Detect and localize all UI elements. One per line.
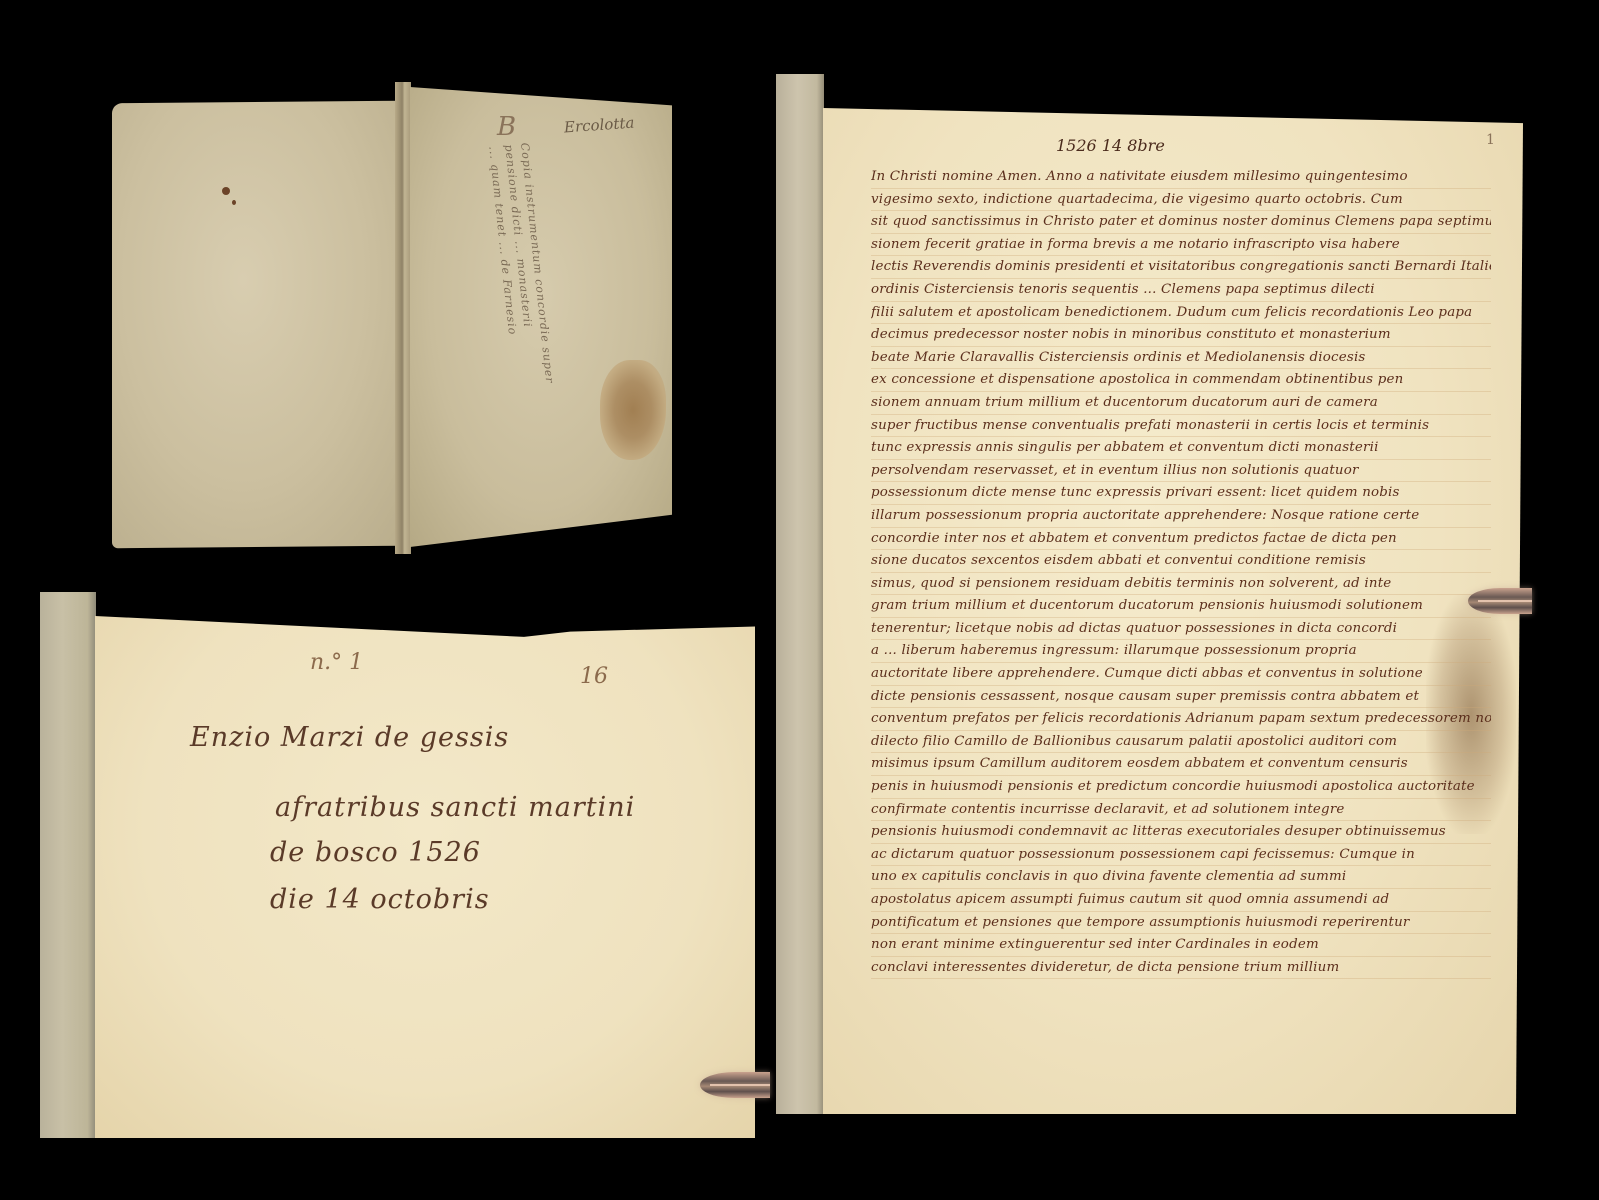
text-line: auctoritate libere apprehendere. Cumque …	[871, 663, 1491, 686]
text-line: simus, quod si pensionem residuam debiti…	[871, 573, 1491, 596]
leaf-page	[95, 616, 755, 1138]
text-line: super fructibus mense conventualis prefa…	[871, 415, 1491, 438]
spine	[395, 82, 411, 554]
text-line: possessionum dicte mense tunc expressis …	[871, 482, 1491, 505]
inscription-line: die 14 octobris	[270, 884, 490, 915]
text-line: conventum prefatos per felicis recordati…	[871, 708, 1491, 731]
text-line: sionem fecerit gratiae in forma brevis a…	[871, 234, 1491, 257]
text-line: pensionis huiusmodi condemnavit ac litte…	[871, 821, 1491, 844]
title-leaf-photo: n.° 1 16 Enzio Marzi de gessis afratribu…	[40, 592, 770, 1138]
text-line: persolvendam reservasset, et in eventum …	[871, 460, 1491, 483]
text-line: non erant minime extinguerentur sed inte…	[871, 934, 1491, 957]
text-line: gram trium millium et ducentorum ducator…	[871, 595, 1491, 618]
corner-number: 16	[580, 664, 608, 689]
text-line: In Christi nomine Amen. Anno a nativitat…	[871, 166, 1491, 189]
bookmark-clip	[1468, 588, 1532, 614]
text-line: tenerentur; licetque nobis ad dictas qua…	[871, 618, 1491, 641]
bookmark-clip	[700, 1072, 770, 1098]
water-stain	[600, 360, 666, 460]
text-line: dicte pensionis cessassent, nosque causa…	[871, 686, 1491, 709]
inscription-line: Enzio Marzi de gessis	[190, 722, 509, 753]
text-line: misimus ipsum Camillum auditorem eosdem …	[871, 753, 1491, 776]
text-line: conclavi interessentes divideretur, de d…	[871, 957, 1491, 980]
text-line: filii salutem et apostolicam benediction…	[871, 302, 1491, 325]
text-line: beate Marie Claravallis Cisterciensis or…	[871, 347, 1491, 370]
back-cover	[112, 101, 404, 549]
document-date-header: 1526 14 8bre	[1056, 136, 1165, 155]
inscription-line: de bosco 1526	[270, 837, 481, 868]
text-line: lectis Reverendis dominis presidenti et …	[871, 256, 1491, 279]
text-line: ac dictarum quatuor possessionum possess…	[871, 844, 1491, 867]
text-line: ordinis Cisterciensis tenoris sequentis …	[871, 279, 1491, 302]
text-line: sit quod sanctissimus in Christo pater e…	[871, 211, 1491, 234]
page-number: 1	[1486, 132, 1495, 148]
ink-spot	[222, 187, 230, 195]
inscription-line: afratribus sancti martini	[275, 792, 635, 823]
text-line: concordie inter nos et abbatem et conven…	[871, 528, 1491, 551]
text-line: apostolatus apicem assumpti fuimus cautu…	[871, 889, 1491, 912]
folio-mark: n.° 1	[310, 650, 363, 675]
text-line: uno ex capitulis conclavis in quo divina…	[871, 866, 1491, 889]
text-line: sionem annuam trium millium et ducentoru…	[871, 392, 1491, 415]
booklet-cover-photo: B Ercolotta Copia instrumentum concordie…	[112, 82, 672, 552]
text-line: tunc expressis annis singulis per abbate…	[871, 437, 1491, 460]
ink-spot	[232, 200, 236, 205]
leaf-spine	[40, 592, 96, 1138]
text-line: vigesimo sexto, indictione quartadecima,…	[871, 189, 1491, 212]
text-line: penis in huiusmodi pensionis et predictu…	[871, 776, 1491, 799]
document-page-photo: 1526 14 8bre 1 In Christi nomine Amen. A…	[776, 74, 1532, 1114]
text-line: dilecto filio Camillo de Ballionibus cau…	[871, 731, 1491, 754]
text-line: a ... liberum haberemus ingressum: illar…	[871, 640, 1491, 663]
text-line: pontificatum et pensiones que tempore as…	[871, 912, 1491, 935]
text-line: sione ducatos sexcentos eisdem abbati et…	[871, 550, 1491, 573]
text-line: confirmate contentis incurrisse declarav…	[871, 799, 1491, 822]
text-line: decimus predecessor noster nobis in mino…	[871, 324, 1491, 347]
text-line: illarum possessionum propria auctoritate…	[871, 505, 1491, 528]
cover-letter-mark: B	[497, 112, 516, 142]
text-line: ex concessione et dispensatione apostoli…	[871, 369, 1491, 392]
manuscript-text: In Christi nomine Amen. Anno a nativitat…	[871, 166, 1491, 979]
doc-spine	[776, 74, 824, 1114]
